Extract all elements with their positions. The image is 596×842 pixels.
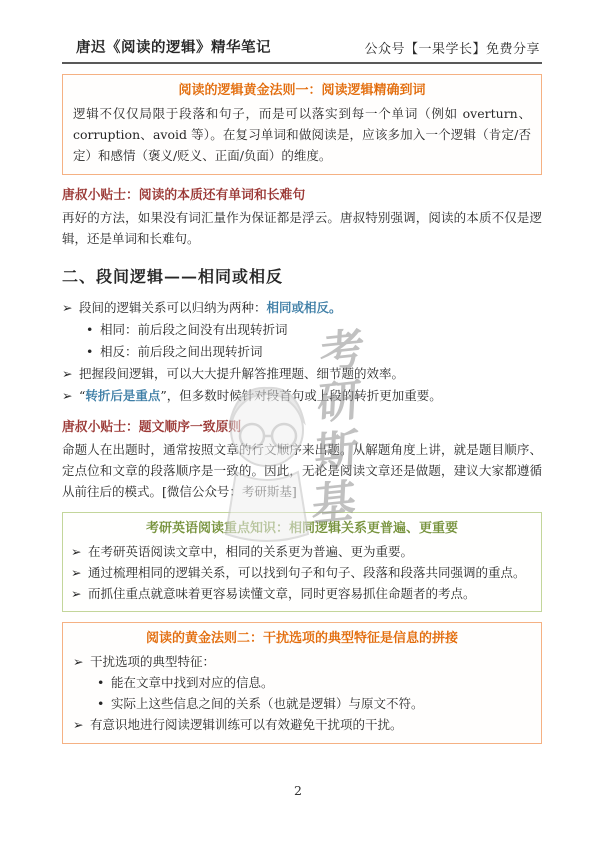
tip-2-body: 命题人在出题时，通常按照文章的行文顺序来出题。从解题角度上讲，就是题目顺序、定点… — [62, 439, 542, 502]
bullet-text: 通过梳理相同的逻辑关系，可以找到句子和句子、段落和段落共同强调的重点。 — [88, 562, 533, 583]
bullet-grasp-logic: ➢ 把握段间逻辑，可以大大提升解答推理题、细节题的效率。 — [62, 363, 542, 385]
bullet-text-suffix: ”，但多数时候针对段首句或上段的转折更加重要。 — [160, 388, 441, 403]
arrow-bullet-icon: ➢ — [62, 363, 79, 385]
dot-bullet-icon: • — [86, 341, 100, 363]
bullet-text: 把握段间逻辑，可以大大提升解答推理题、细节题的效率。 — [79, 363, 542, 385]
arrow-bullet-icon: ➢ — [71, 562, 88, 583]
arrow-bullet-icon: ➢ — [73, 651, 90, 672]
bullet-text-highlight: 相同或相反。 — [267, 300, 342, 315]
bullet-text: 在考研英语阅读文章中，相同的关系更为普遍、更为重要。 — [88, 541, 533, 562]
page-header: 唐迟《阅读的逻辑》精华笔记 公众号【一果学长】免费分享 — [62, 36, 542, 64]
arrow-bullet-icon: ➢ — [71, 541, 88, 562]
section-heading: 二、段间逻辑——相同或相反 — [62, 265, 542, 289]
arrow-bullet-icon: ➢ — [71, 583, 88, 604]
green-bullet-2: ➢ 通过梳理相同的逻辑关系，可以找到句子和句子、段落和段落共同强调的重点。 — [71, 562, 533, 583]
arrow-bullet-icon: ➢ — [62, 385, 79, 407]
golden-rule-box-1: 阅读的逻辑黄金法则一：阅读逻辑精确到词 逻辑不仅仅局限于段落和句子，而是可以落实… — [62, 74, 542, 175]
sub-bullet-opposite: • 相反：前后段之间出现转折词 — [62, 341, 542, 363]
bullet-text-highlight: 转折后是重点 — [85, 388, 160, 403]
arrow-bullet-icon: ➢ — [62, 297, 79, 319]
sub-bullet-text: 相同：前后段之间没有出现转折词 — [100, 319, 542, 341]
golden-rule-box-2: 阅读的黄金法则二：干扰选项的典型特征是信息的拼接 ➢ 干扰选项的典型特征： • … — [62, 622, 542, 744]
page-content: 唐迟《阅读的逻辑》精华笔记 公众号【一果学长】免费分享 阅读的逻辑黄金法则一：阅… — [62, 36, 542, 744]
uncle-tang-tip-2: 唐叔小贴士：题文顺序一致原则 命题人在出题时，通常按照文章的行文顺序来出题。从解… — [62, 417, 542, 502]
bullet-paragraph-logic: ➢ 段间的逻辑关系可以归纳为两种：相同或相反。 — [62, 297, 542, 319]
doc-title: 唐迟《阅读的逻辑》精华笔记 — [76, 36, 271, 57]
golden-rule-1-body: 逻辑不仅仅局限于段落和句子，而是可以落实到每一个单词（例如 overturn、c… — [73, 103, 531, 166]
sub-bullet-text: 相反：前后段之间出现转折词 — [100, 341, 542, 363]
page-number: 2 — [0, 783, 596, 798]
bullet-text: 而抓住重点就意味着更容易读懂文章，同时更容易抓住命题者的考点。 — [88, 583, 533, 604]
green-bullet-3: ➢ 而抓住重点就意味着更容易读懂文章，同时更容易抓住命题者的考点。 — [71, 583, 533, 604]
golden-rule-2-title: 阅读的黄金法则二：干扰选项的典型特征是信息的拼接 — [73, 628, 531, 649]
bullet-text: “转折后是重点”，但多数时候针对段首句或上段的转折更加重要。 — [79, 385, 542, 407]
green-bullet-1: ➢ 在考研英语阅读文章中，相同的关系更为普遍、更为重要。 — [71, 541, 533, 562]
rule2-bullet-1: ➢ 干扰选项的典型特征： — [73, 651, 531, 672]
header-public-account: 公众号【一果学长】免费分享 — [364, 38, 540, 57]
sub-bullet-text: 实际上这些信息之间的关系（也就是逻辑）与原文不符。 — [111, 693, 531, 714]
bullet-text: 干扰选项的典型特征： — [90, 651, 531, 672]
arrow-bullet-icon: ➢ — [73, 714, 90, 735]
bullet-text: 有意识地进行阅读逻辑训练可以有效避免干扰项的干扰。 — [90, 714, 531, 735]
rule2-sub-bullet-2: • 实际上这些信息之间的关系（也就是逻辑）与原文不符。 — [73, 693, 531, 714]
dot-bullet-icon: • — [97, 672, 111, 693]
key-knowledge-box: 考研英语阅读重点知识：相同逻辑关系更普遍、更重要 ➢ 在考研英语阅读文章中，相同… — [62, 512, 542, 612]
sub-bullet-same: • 相同：前后段之间没有出现转折词 — [62, 319, 542, 341]
tip-1-body: 再好的方法，如果没有词汇量作为保证都是浮云。唐叔特别强调，阅读的本质不仅是逻辑，… — [62, 207, 542, 249]
document-page: 唐迟《阅读的逻辑》精华笔记 公众号【一果学长】免费分享 阅读的逻辑黄金法则一：阅… — [0, 0, 596, 842]
bullet-text: 段间的逻辑关系可以归纳为两种：相同或相反。 — [79, 297, 542, 319]
dot-bullet-icon: • — [86, 319, 100, 341]
tip-2-title: 唐叔小贴士：题文顺序一致原则 — [62, 417, 542, 438]
rule2-sub-bullet-1: • 能在文章中找到对应的信息。 — [73, 672, 531, 693]
sub-bullet-text: 能在文章中找到对应的信息。 — [111, 672, 531, 693]
uncle-tang-tip-1: 唐叔小贴士：阅读的本质还有单词和长难句 再好的方法，如果没有词汇量作为保证都是浮… — [62, 185, 542, 249]
tip-1-title: 唐叔小贴士：阅读的本质还有单词和长难句 — [62, 185, 542, 206]
golden-rule-1-title: 阅读的逻辑黄金法则一：阅读逻辑精确到词 — [73, 80, 531, 101]
rule2-bullet-2: ➢ 有意识地进行阅读逻辑训练可以有效避免干扰项的干扰。 — [73, 714, 531, 735]
dot-bullet-icon: • — [97, 693, 111, 714]
key-knowledge-title: 考研英语阅读重点知识：相同逻辑关系更普遍、更重要 — [71, 518, 533, 539]
bullet-after-turn: ➢ “转折后是重点”，但多数时候针对段首句或上段的转折更加重要。 — [62, 385, 542, 407]
bullet-text-prefix: 段间的逻辑关系可以归纳为两种： — [79, 300, 267, 315]
